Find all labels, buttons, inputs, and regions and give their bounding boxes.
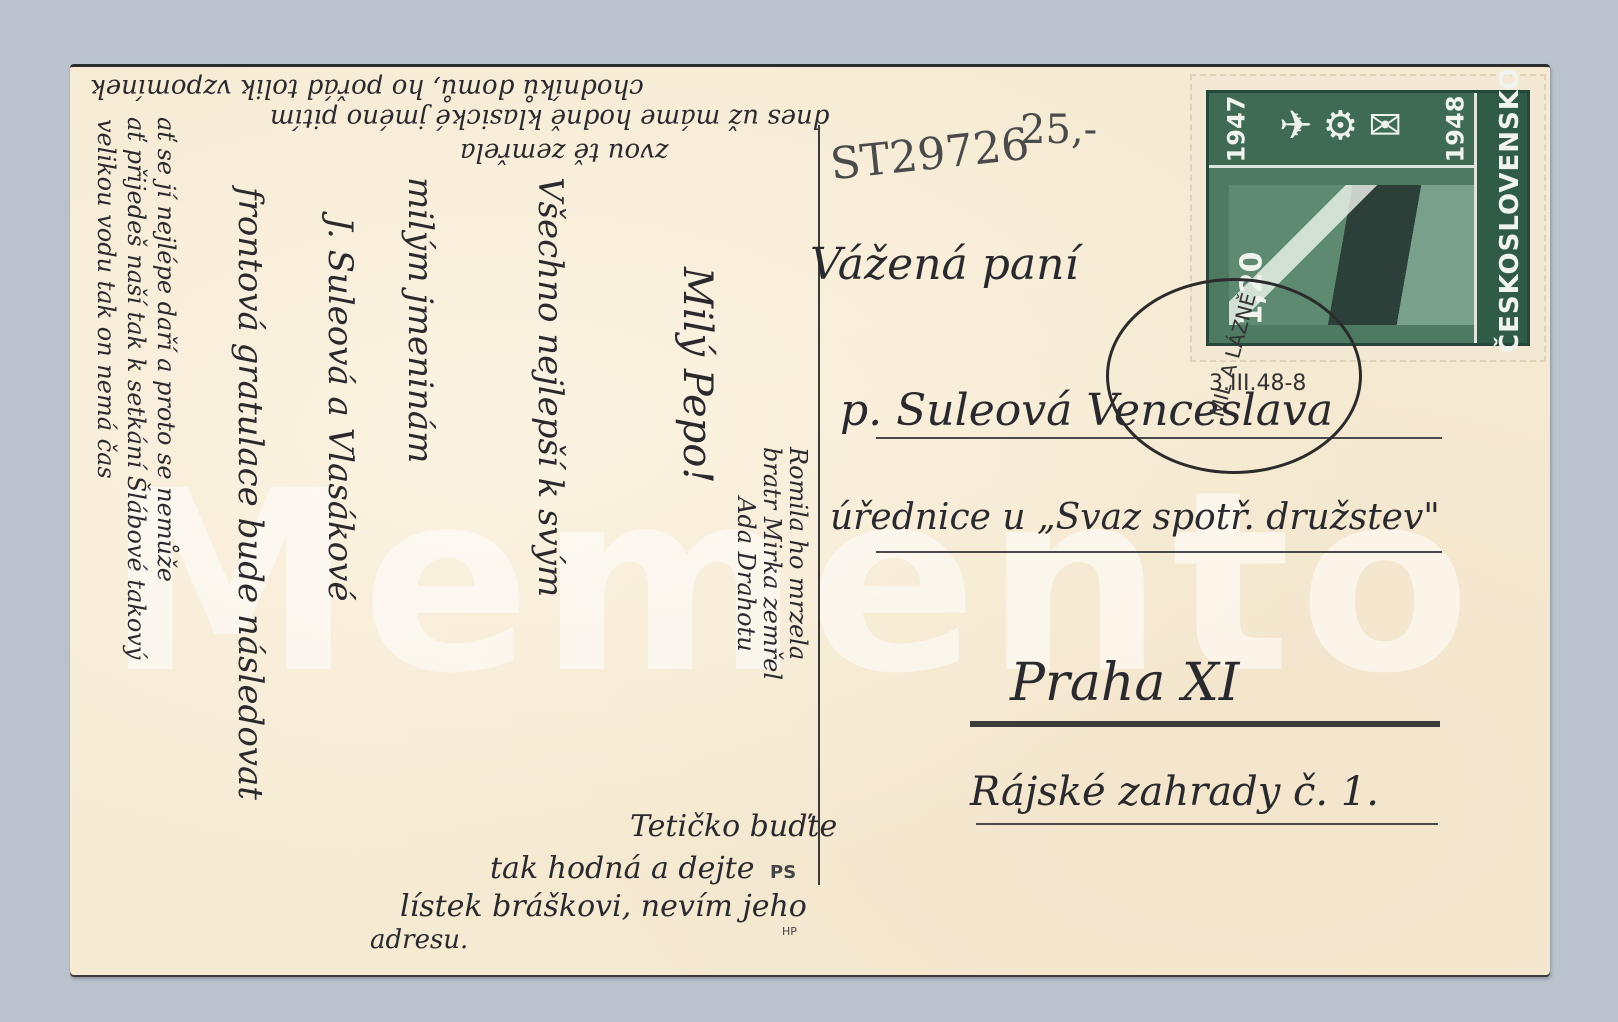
bottom-line-4: adresu. [370,925,468,955]
stamp-year-right: 1948 [1442,96,1470,163]
message-column-5: ať přijedeš naší tak k setkání Šlábové t… [122,117,150,659]
stamp-top-panel: 1947 ✈⚙✉ 1948 [1209,93,1477,168]
address-underline-2 [876,551,1442,553]
upside-down-line-3: zvou tě zemřela [460,137,669,167]
address-underline-3 [976,823,1438,825]
address-city-underline [970,721,1440,727]
upside-down-line-1: chodníků domů, ho pořád tolik vzpomínek [90,73,644,103]
greeting: Milý Pepo! [674,267,720,483]
message-center-column: Všechno nejlepší k svým [530,177,570,597]
signature-1: Ada Drahotu [732,497,760,652]
signature-3: Romila ho mrzela [784,447,812,660]
printer-mark-ps: PS [770,862,796,883]
airplane-gear-icons: ✈⚙✉ [1279,103,1412,149]
stamp-country: ČESKOSLOVENSKO [1495,103,1525,353]
message-column-2: J. Suleová a Vlasákové [320,217,360,601]
message-column-1: milým jmeninám [400,177,440,463]
message-column-6: velikou vodu tak on nemá čas [92,119,120,479]
stamp-country-panel: ČESKOSLOVENSKO [1474,93,1527,343]
postmark-place: MIL A LÁZNĚ [1205,290,1261,419]
stamp-year-left: 1947 [1222,96,1250,163]
postmark-date: 3.III.48-8 [1209,371,1306,396]
price-mark: 25,- [1020,107,1097,153]
bottom-line-1: Tetičko buďte [630,809,837,844]
bottom-line-3: lístek bráškovi, nevím jeho [400,889,807,924]
signature-2: bratr Mirka zemřel [758,447,786,680]
bottom-line-2: tak hodná a dejte [490,851,754,886]
message-column-4: ať se jí nejlépe daří a proto se nemůže [152,117,180,582]
address-city: Praha XI [1010,653,1239,713]
address-organization: úřednice u „Svaz spotř. družstev" [830,497,1440,538]
address-street: Rájské zahrady č. 1. [970,769,1379,815]
upside-down-line-2: dnes už máme hodně klasické jméno pitím [270,103,829,133]
reference-number: ST29726 [828,119,1032,191]
message-column-3: frontová gratulace bude následovat [230,187,270,800]
address-salutation: Vážená paní [810,239,1079,290]
postmark-circle: MIL A LÁZNĚ 3.III.48-8 [1106,278,1362,474]
printer-mark-hp: HP [782,925,797,938]
